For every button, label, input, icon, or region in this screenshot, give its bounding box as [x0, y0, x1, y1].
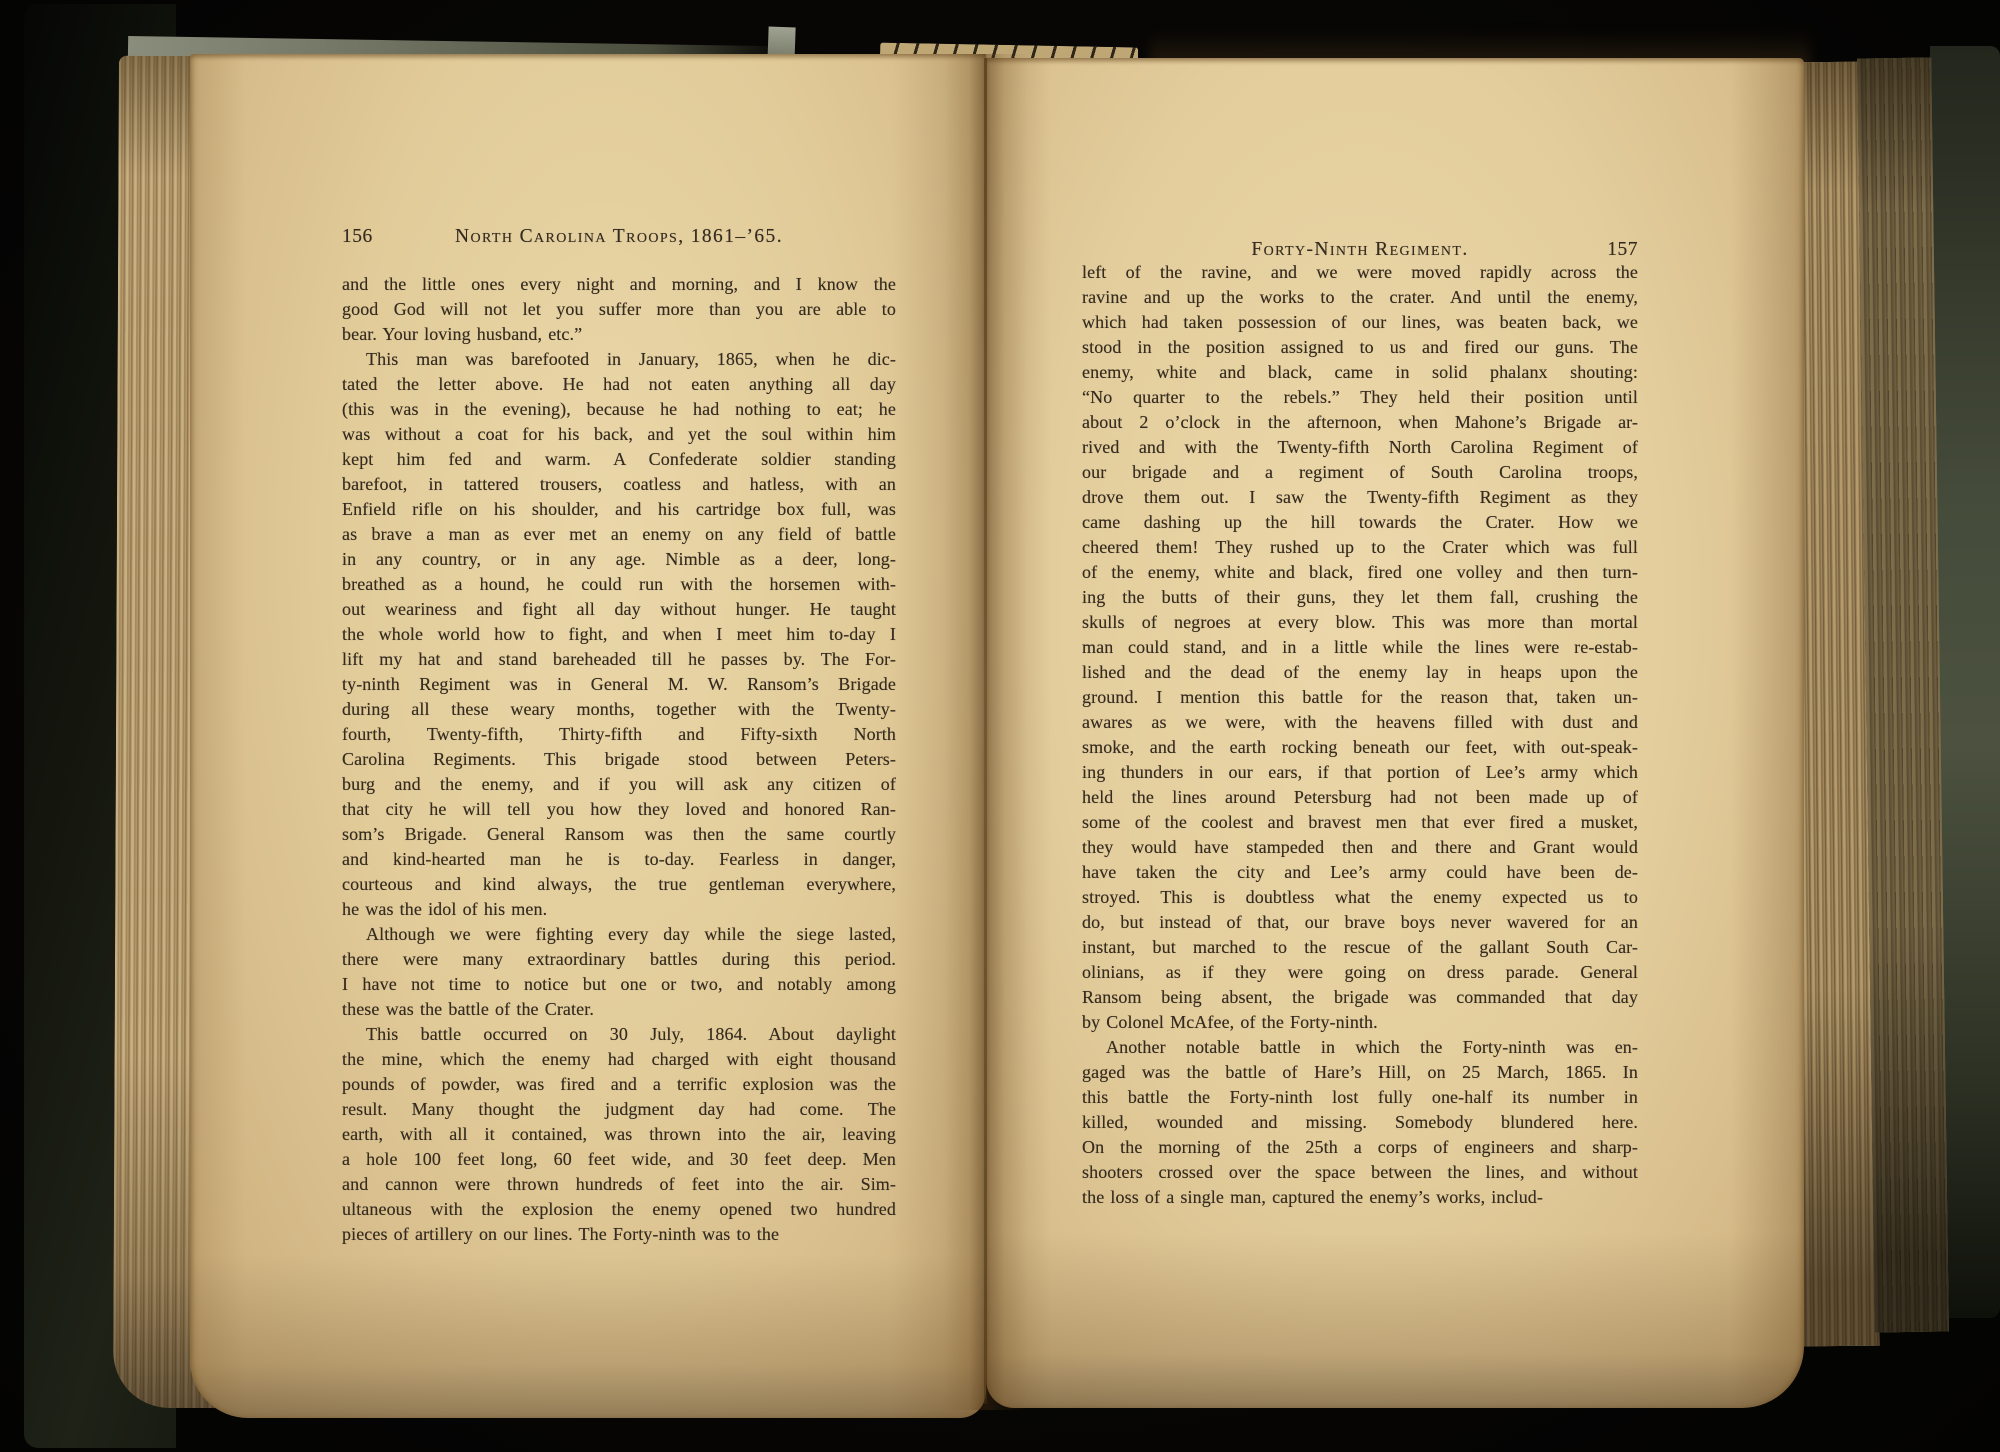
text-line: this battle the Forty-ninth lost fully o…	[1082, 1085, 1638, 1110]
left-page-header: 156 North Carolina Troops, 1861–’65.	[342, 226, 896, 252]
text-line: I have not time to notice but one or two…	[342, 972, 896, 997]
text-line: as brave a man as ever met an enemy on a…	[342, 522, 896, 547]
text-line: held the lines around Petersburg had not…	[1082, 785, 1638, 810]
text-line: pounds of powder, was fired and a terrif…	[342, 1072, 896, 1097]
text-line: was without a coat for his back, and yet…	[342, 422, 896, 447]
text-line: of the enemy, white and black, fired one…	[1082, 560, 1638, 585]
text-line: during all these weary months, together …	[342, 697, 896, 722]
text-line: Carolina Regiments. This brigade stood b…	[342, 747, 896, 772]
text-line: smoke, and the earth rocking beneath our…	[1082, 735, 1638, 760]
text-line: the whole world how to fight, and when I…	[342, 622, 896, 647]
open-book-photo: 156 North Carolina Troops, 1861–’65. and…	[0, 0, 2000, 1452]
text-line: ty-ninth Regiment was in General M. W. R…	[342, 672, 896, 697]
text-line: olinians, as if they were going on dress…	[1082, 960, 1638, 985]
text-line: he was the idol of his men.	[342, 897, 896, 922]
text-line: Another notable battle in which the Fort…	[1082, 1035, 1638, 1060]
text-line: tated the letter above. He had not eaten…	[342, 372, 896, 397]
text-line: This battle occurred on 30 July, 1864. A…	[342, 1022, 896, 1047]
text-line: our brigade and a regiment of South Caro…	[1082, 460, 1638, 485]
text-line: (this was in the evening), because he ha…	[342, 397, 896, 422]
text-line: On the morning of the 25th a corps of en…	[1082, 1135, 1638, 1160]
text-line: enemy, white and black, came in solid ph…	[1082, 360, 1638, 385]
text-line: ravine and up the works to the crater. A…	[1082, 285, 1638, 310]
text-line: stroyed. This is doubtless what the enem…	[1082, 885, 1638, 910]
text-line: killed, wounded and missing. Somebody bl…	[1082, 1110, 1638, 1135]
text-line: ing thunders in our ears, if that portio…	[1082, 760, 1638, 785]
text-line: lift my hat and stand bareheaded till he…	[342, 647, 896, 672]
right-running-header: Forty-Ninth Regiment.	[1082, 239, 1638, 261]
text-line: awares as we were, with the heavens fill…	[1082, 710, 1638, 735]
text-line: gaged was the battle of Hare’s Hill, on …	[1082, 1060, 1638, 1085]
text-line: that city he will tell you how they love…	[342, 797, 896, 822]
text-line: shooters crossed over the space between …	[1082, 1160, 1638, 1185]
left-page-number: 156	[342, 226, 373, 248]
text-line: left of the ravine, and we were moved ra…	[1082, 260, 1638, 285]
text-line: burg and the enemy, and if you will ask …	[342, 772, 896, 797]
text-line: good God will not let you suffer more th…	[342, 297, 896, 322]
text-line: rived and with the Twenty-fifth North Ca…	[1082, 435, 1638, 460]
text-line: instant, but marched to the rescue of th…	[1082, 935, 1638, 960]
text-line: “No quarter to the rebels.” They held th…	[1082, 385, 1638, 410]
text-line: these was the battle of the Crater.	[342, 997, 896, 1022]
text-line: the mine, which the enemy had charged wi…	[342, 1047, 896, 1072]
text-line: some of the coolest and bravest men that…	[1082, 810, 1638, 835]
text-line: ing the butts of their guns, they let th…	[1082, 585, 1638, 610]
text-line: and kind-hearted man he is to-day. Fearl…	[342, 847, 896, 872]
book-gutter-line	[984, 58, 987, 1404]
text-line: ground. I mention this battle for the re…	[1082, 685, 1638, 710]
text-line: man could stand, and in a little while t…	[1082, 635, 1638, 660]
text-line: do, but instead of that, our brave boys …	[1082, 910, 1638, 935]
text-line: barefoot, in tattered trousers, coatless…	[342, 472, 896, 497]
text-line: cheered them! They rushed up to the Crat…	[1082, 535, 1638, 560]
text-line: courteous and kind always, the true gent…	[342, 872, 896, 897]
text-line: they would have stampeded then and there…	[1082, 835, 1638, 860]
right-page-body: left of the ravine, and we were moved ra…	[1082, 260, 1638, 1210]
text-line: This man was barefooted in January, 1865…	[342, 347, 896, 372]
text-line: there were many extraordinary battles du…	[342, 947, 896, 972]
text-line: pieces of artillery on our lines. The Fo…	[342, 1222, 896, 1247]
text-line: ultaneous with the explosion the enemy o…	[342, 1197, 896, 1222]
text-line: breathed as a hound, he could run with t…	[342, 572, 896, 597]
text-line: earth, with all it contained, was thrown…	[342, 1122, 896, 1147]
right-page-number: 157	[1607, 239, 1638, 261]
text-line: have taken the city and Lee’s army could…	[1082, 860, 1638, 885]
text-line: a hole 100 feet long, 60 feet wide, and …	[342, 1147, 896, 1172]
left-running-header: North Carolina Troops, 1861–’65.	[342, 226, 896, 248]
text-line: result. Many thought the judgment day ha…	[342, 1097, 896, 1122]
text-line: which had taken possession of our lines,…	[1082, 310, 1638, 335]
text-line: drove them out. I saw the Twenty-fifth R…	[1082, 485, 1638, 510]
text-line: Ransom being absent, the brigade was com…	[1082, 985, 1638, 1010]
text-line: and cannon were thrown hundreds of feet …	[342, 1172, 896, 1197]
text-line: by Colonel McAfee, of the Forty-ninth.	[1082, 1010, 1638, 1035]
text-line: skulls of negroes at every blow. This wa…	[1082, 610, 1638, 635]
text-line: som’s Brigade. General Ransom was then t…	[342, 822, 896, 847]
text-line: Although we were fighting every day whil…	[342, 922, 896, 947]
left-page-body: and the little ones every night and morn…	[342, 272, 896, 1247]
text-line: came dashing up the hill towards the Cra…	[1082, 510, 1638, 535]
text-line: and the little ones every night and morn…	[342, 272, 896, 297]
text-line: out weariness and fight all day without …	[342, 597, 896, 622]
text-line: kept him fed and warm. A Confederate sol…	[342, 447, 896, 472]
text-line: in any country, or in any age. Nimble as…	[342, 547, 896, 572]
text-line: the loss of a single man, captured the e…	[1082, 1185, 1638, 1210]
text-line: bear. Your loving husband, etc.”	[342, 322, 896, 347]
text-line: Enfield rifle on his shoulder, and his c…	[342, 497, 896, 522]
text-line: fourth, Twenty-fifth, Thirty-fifth and F…	[342, 722, 896, 747]
text-line: stood in the position assigned to us and…	[1082, 335, 1638, 360]
text-line: about 2 o’clock in the afternoon, when M…	[1082, 410, 1638, 435]
text-line: lished and the dead of the enemy lay in …	[1082, 660, 1638, 685]
